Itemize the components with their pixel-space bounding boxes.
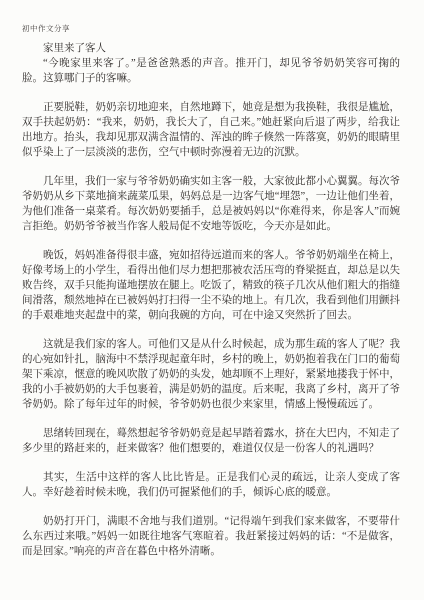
essay-paragraph-4: 晚饭，妈妈准备得很丰盛，宛如招待远道而来的客人。爷爷奶奶端坐在椅上，好像考场上的… bbox=[22, 248, 400, 323]
essay-title: 家里来了客人 bbox=[22, 41, 400, 56]
essay-paragraph-3: 几年里，我们一家与爷爷奶奶确实如主客一般，大家彼此都小心翼翼。每次爷爷奶奶从乡下… bbox=[22, 174, 400, 234]
essay-paragraph-6: 思绪转回现在，蓦然想起爷爷奶奶竟是起早踏着露水，挤在大巴内，不知走了多少里的路赶… bbox=[22, 426, 400, 456]
essay-body: “今晚家里来客了。”是爸爸熟悉的声音。推开门，却见爷爷奶奶笑容可掬的脸。这算哪门… bbox=[22, 56, 400, 559]
essay-paragraph-5: 这就是我们家的客人。可他们又是从什么时候起，成为那生疏的客人了呢？我的心宛如针扎… bbox=[22, 337, 400, 412]
essay-paragraph-2: 正要脱鞋，奶奶亲切地迎来，自然地蹲下，她竟是想为我换鞋，我很是尴尬，双手扶起奶奶… bbox=[22, 100, 400, 160]
running-header: 初中作文分享 bbox=[22, 24, 400, 34]
essay-paragraph-1: “今晚家里来客了。”是爸爸熟悉的声音。推开门，却见爷爷奶奶笑容可掬的脸。这算哪门… bbox=[22, 56, 400, 86]
essay-page: 初中作文分享 家里来了客人 “今晚家里来客了。”是爸爸熟悉的声音。推开门，却见爷… bbox=[0, 0, 424, 600]
essay-paragraph-7: 其实，生活中这样的客人比比皆是。正是我们心灵的疏远，让亲人变成了客人。幸好趁着时… bbox=[22, 470, 400, 500]
essay-paragraph-8: 奶奶打开门，满眼不舍地与我们道别。“记得端午到我们家来做客，不要带什么东西过来哦… bbox=[22, 514, 400, 559]
